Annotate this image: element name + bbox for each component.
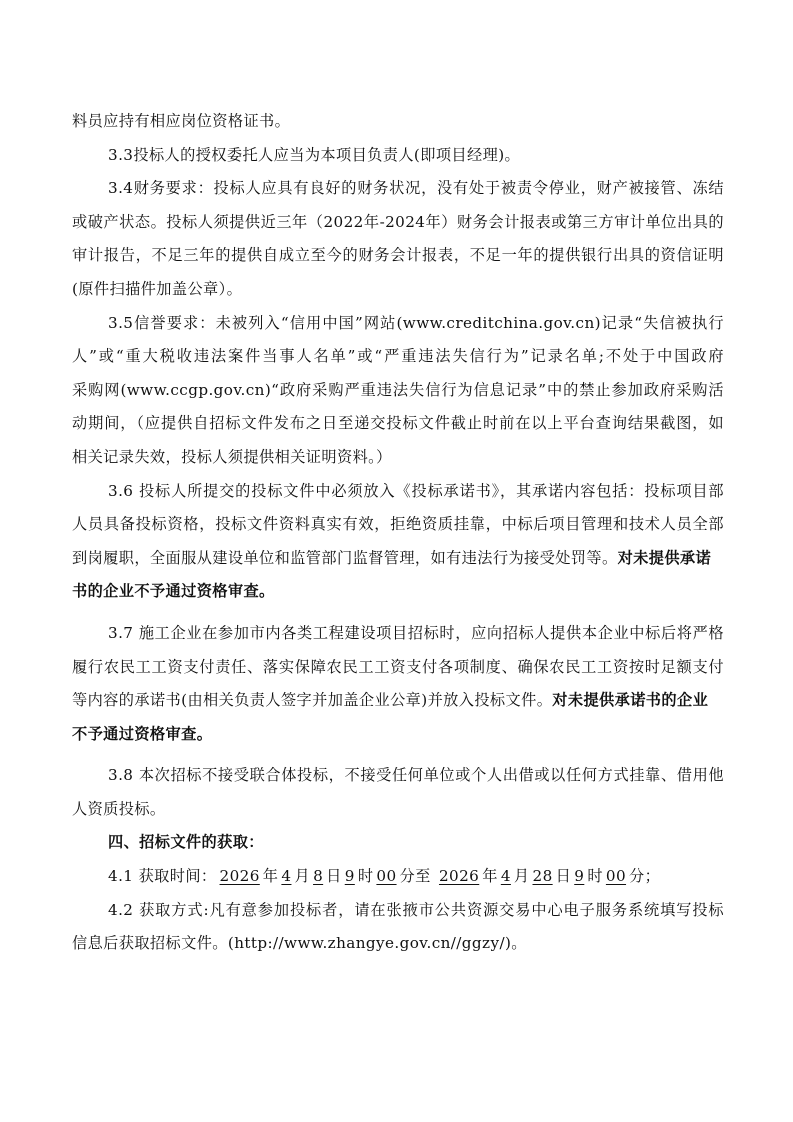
text: 或破产状态。投标人须提供近三年（2022年-2024年）财务会计报表或第三方审计…	[72, 213, 724, 231]
text: 3.5信誉要求：未被列入“信用中国”网站(www.creditchina.gov…	[108, 314, 724, 332]
end-month: 4	[498, 867, 514, 885]
bold-text: 书的企业不予通过资格审查。	[72, 582, 275, 600]
bold-text: 对未提供承诺书的企业	[552, 691, 708, 709]
clause-3-5-line-3: 采购网(www.ccgp.gov.cn)“政府采购严重违法失信行为信息记录”中的…	[72, 374, 724, 408]
text: 3.7 施工企业在参加市内各类工程建设项目招标时，应向招标人提供本企业中标后将严…	[108, 624, 724, 642]
clause-4-2-line-1: 4.2 获取方式:凡有意参加投标者，请在张掖市公共资源交易中心电子服务系统填写投…	[72, 894, 724, 928]
clause-3-5-line-5: 相关记录失效，投标人须提供相关证明资料。）	[72, 441, 724, 475]
clause-4-2-line-2: 信息后获取招标文件。(http://www.zhangye.gov.cn//gg…	[72, 927, 724, 961]
clause-3-7-line-2: 履行农民工工资支付责任、落实保障农民工工资支付各项制度、确保农民工工资按时足额支…	[72, 651, 724, 685]
clause-4-1: 4.1 获取时间：2026年4月8日9时00分至 2026年4月28日9时00分…	[72, 860, 724, 894]
clause-3-5-line-2: 人”或“重大税收违法案件当事人名单”或“严重违法失信行为”记录名单;不处于中国政…	[72, 340, 724, 374]
end-hour: 9	[571, 867, 587, 885]
punctuation: ；	[645, 867, 661, 885]
clause-3-4-line-1: 3.4财务要求：投标人应具有良好的财务状况，没有处于被责令停业，财产被接管、冻结	[72, 172, 724, 206]
text: 3.6 投标人所提交的投标文件中必须放入《投标承诺书》，其承诺内容包括：投标项目…	[108, 482, 724, 500]
clause-3-3: 3.3投标人的授权委托人应当为本项目负责人(即项目经理)。	[72, 139, 724, 173]
text: 相关记录失效，投标人须提供相关证明资料。）	[72, 448, 392, 466]
section-heading: 四、招标文件的获取：	[108, 833, 264, 851]
unit-hour: 时	[358, 867, 374, 885]
document-page: 料员应持有相应岗位资格证书。 3.3投标人的授权委托人应当为本项目负责人(即项目…	[72, 105, 724, 961]
range-separator: 至	[415, 867, 431, 885]
clause-3-4-line-3: 审计报告，不足三年的提供自成立至今的财务会计报表，不足一年的提供银行出具的资信证…	[72, 239, 724, 273]
unit-day: 日	[326, 867, 342, 885]
clause-3-6-line-2: 人员具备投标资格，投标文件资料真实有效，拒绝资质挂靠，中标后项目管理和技术人员全…	[72, 508, 724, 542]
clause-3-5-line-4: 动期间，（应提供自招标文件发布之日至递交投标文件截止时前在以上平台查询结果截图，…	[72, 407, 724, 441]
text: 3.4财务要求：投标人应具有良好的财务状况，没有处于被责令停业，财产被接管、冻结	[108, 179, 724, 197]
unit-minute: 分	[629, 867, 645, 885]
clause-3-8-line-2: 人资质投标。	[72, 793, 724, 827]
unit-minute: 分	[400, 867, 416, 885]
text: (原件扫描件加盖公章）。	[72, 280, 242, 298]
text: 人员具备投标资格，投标文件资料真实有效，拒绝资质挂靠，中标后项目管理和技术人员全…	[72, 515, 724, 533]
clause-3-7-line-3: 等内容的承诺书(由相关负责人签字并加盖企业公章)并放入投标文件。对未提供承诺书的…	[72, 684, 724, 718]
clause-3-6-line-3: 到岗履职，全面服从建设单位和监管部门监督管理，如有违法行为接受处罚等。对未提供承…	[72, 542, 724, 576]
start-minute: 00	[373, 867, 399, 885]
text: 料员应持有相应岗位资格证书。	[72, 112, 290, 130]
clause-3-7-line-4: 不予通过资格审查。	[72, 718, 724, 752]
text: 4.2 获取方式:凡有意参加投标者，请在张掖市公共资源交易中心电子服务系统填写投…	[108, 901, 724, 919]
bold-text: 不予通过资格审查。	[72, 725, 212, 743]
clause-3-8-line-1: 3.8 本次招标不接受联合体投标，不接受任何单位或个人出借或以任何方式挂靠、借用…	[72, 759, 724, 793]
unit-day: 日	[556, 867, 572, 885]
end-year: 2026	[436, 867, 482, 885]
paragraph-continuation: 料员应持有相应岗位资格证书。	[72, 105, 724, 139]
unit-month: 月	[294, 867, 310, 885]
clause-3-7-line-1: 3.7 施工企业在参加市内各类工程建设项目招标时，应向招标人提供本企业中标后将严…	[72, 617, 724, 651]
clause-3-4-line-2: 或破产状态。投标人须提供近三年（2022年-2024年）财务会计报表或第三方审计…	[72, 206, 724, 240]
text: 3.8 本次招标不接受联合体投标，不接受任何单位或个人出借或以任何方式挂靠、借用…	[108, 766, 724, 784]
unit-year: 年	[263, 867, 279, 885]
end-day: 28	[530, 867, 556, 885]
acquisition-time-label: 4.1 获取时间：	[108, 867, 217, 885]
text: 采购网(www.ccgp.gov.cn)“政府采购严重违法失信行为信息记录”中的…	[72, 381, 724, 399]
start-year: 2026	[217, 867, 263, 885]
text: 到岗履职，全面服从建设单位和监管部门监督管理，如有违法行为接受处罚等。	[72, 549, 618, 567]
start-day: 8	[310, 867, 326, 885]
text: 等内容的承诺书(由相关负责人签字并加盖企业公章)并放入投标文件。	[72, 691, 552, 709]
unit-month: 月	[514, 867, 530, 885]
clause-3-4-line-4: (原件扫描件加盖公章）。	[72, 273, 724, 307]
clause-3-5-line-1: 3.5信誉要求：未被列入“信用中国”网站(www.creditchina.gov…	[72, 307, 724, 341]
clause-3-6-line-4: 书的企业不予通过资格审查。	[72, 575, 724, 609]
clause-3-6-line-1: 3.6 投标人所提交的投标文件中必须放入《投标承诺书》，其承诺内容包括：投标项目…	[72, 475, 724, 509]
text: 人资质投标。	[72, 800, 166, 818]
start-month: 4	[278, 867, 294, 885]
text: 3.3投标人的授权委托人应当为本项目负责人(即项目经理)。	[108, 146, 520, 164]
start-hour: 9	[342, 867, 358, 885]
unit-hour: 时	[587, 867, 603, 885]
text: 履行农民工工资支付责任、落实保障农民工工资支付各项制度、确保农民工工资按时足额支…	[72, 658, 724, 676]
section-4-heading: 四、招标文件的获取：	[72, 826, 724, 860]
unit-year: 年	[482, 867, 498, 885]
text: 人”或“重大税收违法案件当事人名单”或“严重违法失信行为”记录名单;不处于中国政…	[72, 347, 724, 365]
end-minute: 00	[603, 867, 629, 885]
bold-text: 对未提供承诺	[618, 549, 712, 567]
text-with-url: 信息后获取招标文件。(http://www.zhangye.gov.cn//gg…	[72, 934, 527, 952]
text: 审计报告，不足三年的提供自成立至今的财务会计报表，不足一年的提供银行出具的资信证…	[72, 246, 724, 264]
text: 动期间，（应提供自招标文件发布之日至递交投标文件截止时前在以上平台查询结果截图，…	[72, 414, 724, 432]
